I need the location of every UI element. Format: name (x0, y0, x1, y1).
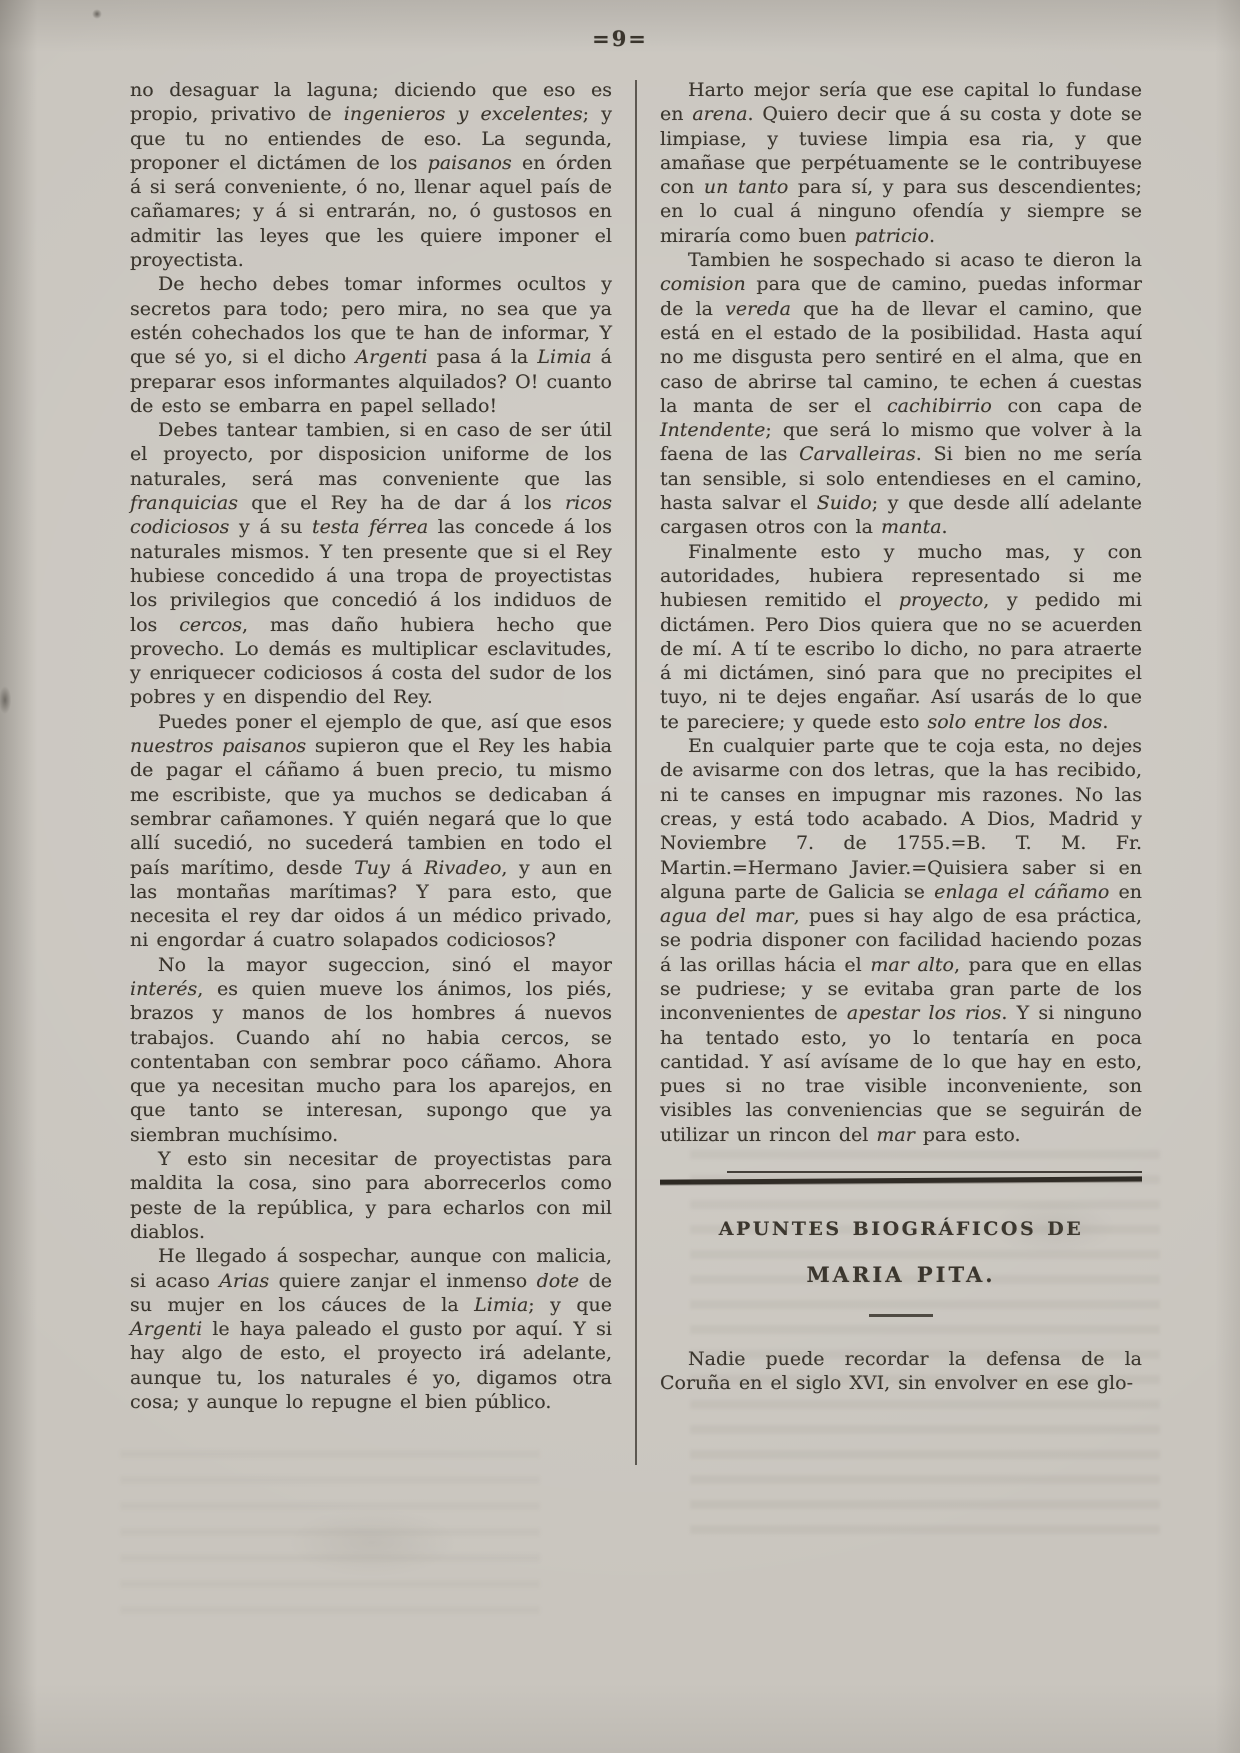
scanned-page: =9= no desaguar la laguna; diciendo que … (0, 0, 1240, 1753)
article-heading: APUNTES BIOGRÁFICOS DE MARIA PITA. (660, 1217, 1142, 1317)
paragraph: Puedes poner el ejemplo de que, así que … (130, 710, 612, 953)
separator-thin-rule (727, 1171, 1142, 1173)
paragraph: no desaguar la laguna; diciendo que eso … (130, 78, 612, 272)
right-column-text: Harto mejor sería que ese capital lo fun… (660, 78, 1142, 1147)
paragraph: Finalmente esto y mucho mas, y con autor… (660, 540, 1142, 734)
paragraph: He llegado á sospechar, aunque con malic… (130, 1244, 612, 1414)
paragraph: En cualquier parte que te coja esta, no … (660, 734, 1142, 1147)
paragraph: Debes tantear tambien, si en caso de ser… (130, 418, 612, 710)
column-divider-rule (635, 80, 637, 1465)
paragraph: De hecho debes tomar informes ocultos y … (130, 272, 612, 418)
article-heading-line2: MARIA PITA. (660, 1263, 1142, 1287)
paragraph: Nadie puede recordar la defensa de la Co… (660, 1347, 1142, 1396)
separator-thick-rule (660, 1176, 1142, 1184)
text-columns: no desaguar la laguna; diciendo que eso … (130, 78, 1142, 1465)
paragraph: Harto mejor sería que ese capital lo fun… (660, 78, 1142, 248)
paragraph: No la mayor sugeccion, sinó el mayor int… (130, 953, 612, 1147)
article-intro: Nadie puede recordar la defensa de la Co… (660, 1347, 1142, 1396)
bleed-through-texture (120, 1450, 540, 1630)
right-column: Harto mejor sería que ese capital lo fun… (660, 78, 1142, 1465)
paragraph: Tambien he sospechado si acaso te dieron… (660, 248, 1142, 540)
section-separator-rule (660, 1171, 1142, 1183)
paragraph: Y esto sin necesitar de proyectistas par… (130, 1147, 612, 1244)
heading-divider-dash (869, 1314, 933, 1317)
left-column: no desaguar la laguna; diciendo que eso … (130, 78, 612, 1465)
page-number: =9= (0, 26, 1240, 51)
article-heading-line1: APUNTES BIOGRÁFICOS DE (660, 1217, 1142, 1241)
